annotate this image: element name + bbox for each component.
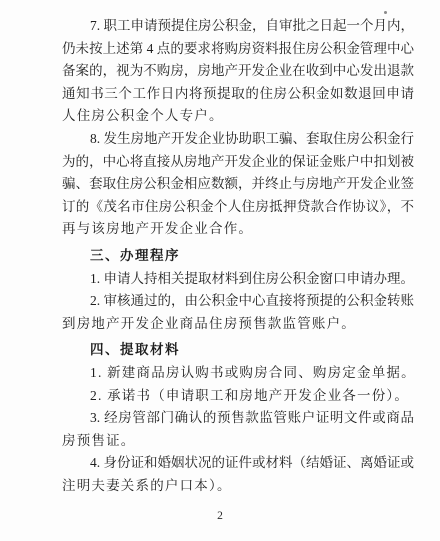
doc-line: 1. 新建商品房认购书或购房合同、购房定金单据。 xyxy=(62,362,414,385)
doc-line: 注明夫妻关系的户口本）。 xyxy=(62,475,414,498)
doc-line: 人住房公积金个人专户。 xyxy=(62,105,414,128)
section-heading-materials: 四、提取材料 xyxy=(62,339,414,362)
scan-artifact-dot xyxy=(384,11,387,14)
doc-line: 再与该房地产开发企业合作。 xyxy=(62,218,414,241)
scanned-document-page: 7. 职工申请预提住房公积金，自审批之日起一个月内， 仍未按上述第 4 点的要求… xyxy=(0,0,440,541)
section-heading-procedure: 三、办理程序 xyxy=(62,245,414,268)
doc-line: 为的，中心将直接从房地产开发企业的保证金账户中扣划被 xyxy=(62,151,414,174)
document-body: 7. 职工申请预提住房公积金，自审批之日起一个月内， 仍未按上述第 4 点的要求… xyxy=(62,15,414,497)
doc-line: 通知书三个工作日内将预提取的住房公积金如数退回申请 xyxy=(62,83,414,106)
doc-line: 备案的，视为不购房，房地产开发企业在收到中心发出退款 xyxy=(62,60,414,83)
doc-line: 到房地产开发企业商品住房预售款监管账户。 xyxy=(62,313,414,336)
doc-line: 订的《茂名市住房公积金个人住房抵押贷款合作协议》，不 xyxy=(62,196,414,219)
doc-line: 2. 审核通过的，由公积金中心直接将预提的公积金转账 xyxy=(62,290,414,313)
doc-line: 8. 发生房地产开发企业协助职工骗、套取住房公积金行 xyxy=(62,128,414,151)
doc-line: 3. 经房管部门确认的预售款监管账户证明文件或商品 xyxy=(62,407,414,430)
doc-line: 骗、套取住房公积金相应数额，并终止与房地产开发企业签 xyxy=(62,173,414,196)
doc-line: 房预售证。 xyxy=(62,430,414,453)
doc-line: 2. 承诺书（申请职工和房地产开发企业各一份）。 xyxy=(62,385,414,408)
doc-line: 仍未按上述第 4 点的要求将购房资料报住房公积金管理中心 xyxy=(62,38,414,61)
doc-line: 1. 申请人持相关提取材料到住房公积金窗口申请办理。 xyxy=(62,268,414,291)
doc-line: 7. 职工申请预提住房公积金，自审批之日起一个月内， xyxy=(62,15,414,38)
doc-line: 4. 身份证和婚姻状况的证件或材料（结婚证、离婚证或 xyxy=(62,452,414,475)
page-number: 2 xyxy=(0,510,440,522)
